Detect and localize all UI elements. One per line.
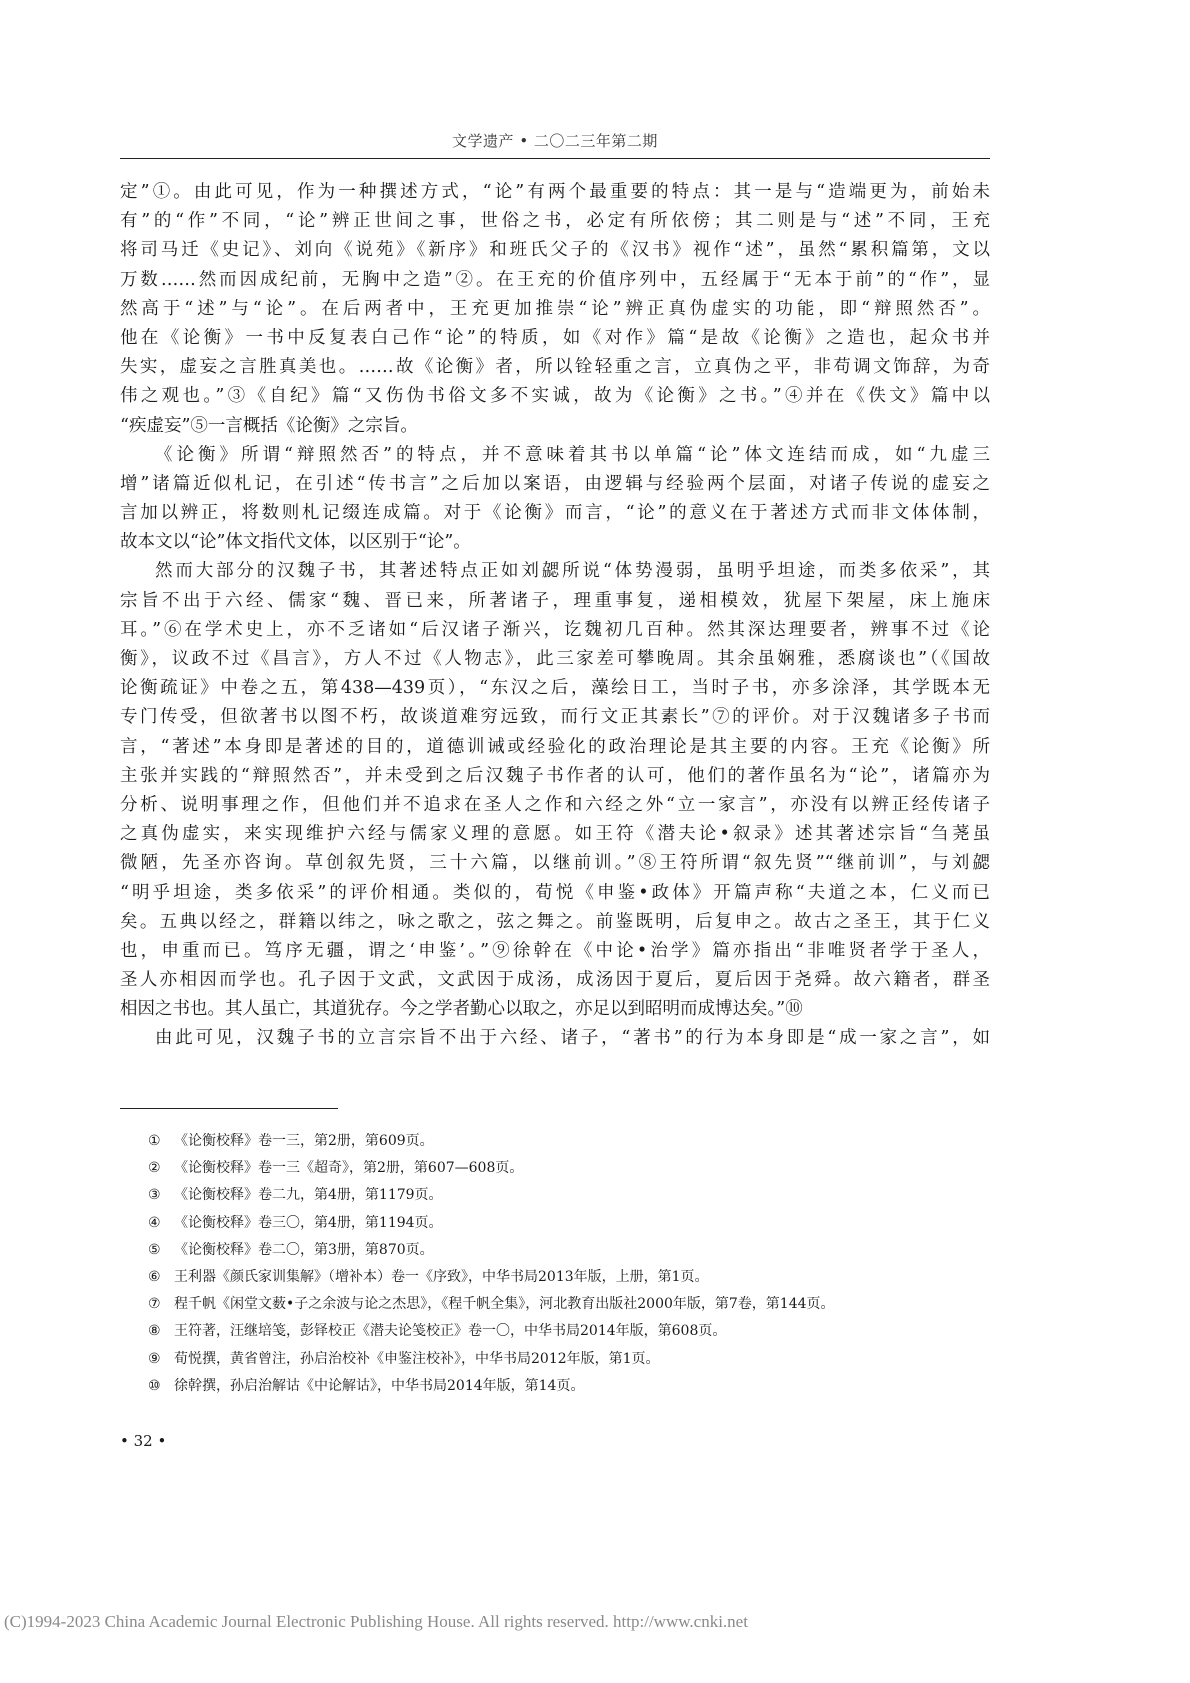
footnote-text: 王利器《颜氏家训集解》（增补本）卷一《序致》，中华书局2013年版，上册，第1页… [174,1264,709,1291]
footnote-item: ①《论衡校释》卷一三，第2册，第609页。 [148,1128,998,1155]
body-line: 之真伪虚实，来实现维护六经与儒家义理的意愿。如王符《潜夫论•叙录》述其著述宗旨“… [120,820,990,849]
footnote-number: ⑩ [148,1373,174,1400]
footnote-text: 荀悦撰，黄省曾注，孙启治校补《申鉴注校补》，中华书局2012年版，第1页。 [174,1346,660,1373]
body-line: 伟之观也。”③《自纪》篇“又伤伪书俗文多不实诚，故为《论衡》之书。”④并在《佚文… [120,382,990,411]
footnote-item: ⑥王利器《颜氏家训集解》（增补本）卷一《序致》，中华书局2013年版，上册，第1… [148,1264,998,1291]
body-line: 相因之书也。其人虽亡，其道犹存。今之学者勤心以取之，亦足以到昭明而成博达矣。”⑩ [120,995,990,1024]
running-header: 文学遗产 • 二〇二三年第二期 [120,130,990,151]
footnote-number: ⑧ [148,1318,174,1345]
footnote-text: 《论衡校释》卷二九，第4册，第1179页。 [174,1182,443,1209]
footnote-number: ⑦ [148,1291,174,1318]
body-line: 有”的“作”不同，“论”辨正世间之事，世俗之书，必定有所依傍；其二则是与“述”不… [120,207,990,236]
body-line: 万数……然而因成纪前，无胸中之造”②。在王充的价值序列中，五经属于“无本于前”的… [120,266,990,295]
body-line: 《论衡》所谓“辩照然否”的特点，并不意味着其书以单篇“论”体文连结而成，如“九虚… [120,441,990,470]
body-line: 耳。”⑥在学术史上，亦不乏诸如“后汉诸子渐兴，讫魏初几百种。然其深达理要者，辨事… [120,616,990,645]
body-line: 将司马迁《史记》、刘向《说苑》《新序》和班氏父子的《汉书》视作“述”，虽然“累积… [120,236,990,265]
body-line: 故本文以“论”体文指代文体，以区别于“论”。 [120,528,990,557]
body-line: 失实，虚妄之言胜真美也。……故《论衡》者，所以铨轻重之言，立真伪之平，非苟调文饰… [120,353,990,382]
body-line: 主张并实践的“辩照然否”，并未受到之后汉魏子书作者的认可，他们的著作虽名为“论”… [120,762,990,791]
footnote-number: ① [148,1128,174,1155]
footnote-text: 《论衡校释》卷二〇，第3册，第870页。 [174,1237,434,1264]
body-line: 衡》，议政不过《昌言》，方人不过《人物志》，此三家差可攀晚周。其余虽娴雅，悉腐谈… [120,645,990,674]
body-line: 由此可见，汉魏子书的立言宗旨不出于六经、诸子，“著书”的行为本身即是“成一家之言… [120,1024,990,1053]
body-line: 言，“著述”本身即是著述的目的，道德训诫或经验化的政治理论是其主要的内容。王充《… [120,733,990,762]
body-line: 圣人亦相因而学也。孔子因于文武，文武因于成汤，成汤因于夏后，夏后因于尧舜。故六籍… [120,966,990,995]
body-line: 定”①。由此可见，作为一种撰述方式，“论”有两个最重要的特点：其一是与“造端更为… [120,178,990,207]
footnote-item: ③《论衡校释》卷二九，第4册，第1179页。 [148,1182,998,1209]
footnote-item: ⑧王符著，汪继培笺，彭铎校正《潜夫论笺校正》卷一〇，中华书局2014年版，第60… [148,1318,998,1345]
body-line: 他在《论衡》一书中反复表白己作“论”的特质，如《对作》篇“是故《论衡》之造也，起… [120,324,990,353]
footnote-item: ④《论衡校释》卷三〇，第4册，第1194页。 [148,1210,998,1237]
body-line: 论衡疏证》中卷之五，第438—439页），“东汉之后，藻绘日工，当时子书，亦多涂… [120,674,990,703]
body-text: 定”①。由此可见，作为一种撰述方式，“论”有两个最重要的特点：其一是与“造端更为… [120,178,990,1054]
footnote-number: ② [148,1155,174,1182]
footnote-number: ⑤ [148,1237,174,1264]
body-line: 然高于“述”与“论”。在后两者中，王充更加推崇“论”辨正真伪虚实的功能，即“辩照… [120,295,990,324]
body-line: “明乎坦途，类多依采”的评价相通。类似的，荀悦《申鉴•政体》开篇声称“夫道之本，… [120,879,990,908]
footnote-item: ②《论衡校释》卷一三《超奇》，第2册，第607—608页。 [148,1155,998,1182]
footnote-number: ⑥ [148,1264,174,1291]
body-line: 宗旨不出于六经、儒家“魏、晋已来，所著诸子，理重事复，递相模效，犹屋下架屋，床上… [120,587,990,616]
copyright-notice: (C)1994-2023 China Academic Journal Elec… [4,1612,748,1632]
footnote-item: ⑦程千帆《闲堂文薮•子之余波与论之杰思》，《程千帆全集》，河北教育出版社2000… [148,1291,998,1318]
footnote-text: 王符著，汪继培笺，彭铎校正《潜夫论笺校正》卷一〇，中华书局2014年版，第608… [174,1318,726,1345]
body-line: 然而大部分的汉魏子书，其著述特点正如刘勰所说“体势漫弱，虽明乎坦途，而类多依采”… [120,557,990,586]
footnote-text: 《论衡校释》卷一三《超奇》，第2册，第607—608页。 [174,1155,523,1182]
header-divider [120,158,990,159]
body-line: 也，申重而已。笃序无疆，谓之‘申鉴’。”⑨徐幹在《中论•治学》篇亦指出“非唯贤者… [120,937,990,966]
footnote-number: ⑨ [148,1346,174,1373]
body-line: “疾虚妄”⑤一言概括《论衡》之宗旨。 [120,412,990,441]
body-line: 矣。五典以经之，群籍以纬之，咏之歌之，弦之舞之。前鉴既明，后复申之。故古之圣王，… [120,908,990,937]
footnote-number: ③ [148,1182,174,1209]
body-line: 微陋，先圣亦咨询。草创叙先贤，三十六篇，以继前训。”⑧王符所谓“叙先贤”“继前训… [120,849,990,878]
body-line: 分析、说明事理之作，但他们并不追求在圣人之作和六经之外“立一家言”，亦没有以辨正… [120,791,990,820]
body-line: 专门传受，但欲著书以图不朽，故谈道难穷远致，而行文正其素长”⑦的评价。对于汉魏诸… [120,703,990,732]
footnotes: ①《论衡校释》卷一三，第2册，第609页。②《论衡校释》卷一三《超奇》，第2册，… [148,1128,998,1400]
footnote-item: ⑨荀悦撰，黄省曾注，孙启治校补《申鉴注校补》，中华书局2012年版，第1页。 [148,1346,998,1373]
footnote-item: ⑩徐幹撰，孙启治解诂《中论解诂》，中华书局2014年版，第14页。 [148,1373,998,1400]
footnote-text: 程千帆《闲堂文薮•子之余波与论之杰思》，《程千帆全集》，河北教育出版社2000年… [174,1291,835,1318]
footnote-number: ④ [148,1210,174,1237]
footnote-divider [120,1108,338,1109]
footnote-text: 《论衡校释》卷三〇，第4册，第1194页。 [174,1210,443,1237]
body-line: 增”诸篇近似札记，在引述“传书言”之后加以案语，由逻辑与经验两个层面，对诸子传说… [120,470,990,499]
body-line: 言加以辨正，将数则札记缀连成篇。对于《论衡》而言，“论”的意义在于著述方式而非文… [120,499,990,528]
page-number: • 32 • [120,1432,166,1450]
footnote-text: 徐幹撰，孙启治解诂《中论解诂》，中华书局2014年版，第14页。 [174,1373,584,1400]
footnote-text: 《论衡校释》卷一三，第2册，第609页。 [174,1128,434,1155]
footnote-item: ⑤《论衡校释》卷二〇，第3册，第870页。 [148,1237,998,1264]
